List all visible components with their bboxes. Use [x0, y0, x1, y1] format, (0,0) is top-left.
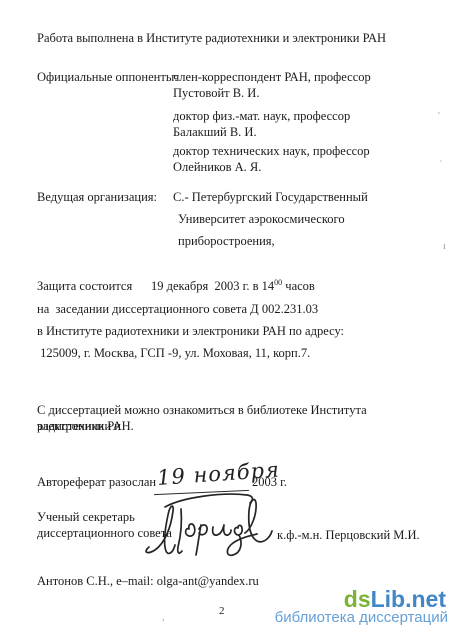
opponents-label: Официальные оппоненты: — [37, 69, 178, 85]
scan-artifact: ' — [438, 112, 440, 122]
opponent-3-degree: доктор технических наук, профессор — [173, 143, 370, 159]
defense-line-2: на заседании диссертационного совета Д 0… — [37, 301, 437, 317]
signature-scribble — [143, 483, 278, 563]
defense-line-1: Защита состоится 19 декабря 2003 г. в 14… — [37, 278, 437, 296]
autoref-prefix: Автореферат разослан — [37, 474, 156, 490]
opponent-1-name: Пустовойт В. И. — [173, 85, 259, 101]
contact-email-line: Антонов С.Н., e–mail: olga-ant@yandex.ru — [37, 573, 259, 589]
opponent-2-degree: доктор физ.-мат. наук, профессор — [173, 108, 350, 124]
scan-artifact: ` — [439, 161, 442, 171]
opponent-1-degree: член-корреспондент РАН, профессор — [173, 69, 371, 85]
opponent-3-name: Олейников А. Я. — [173, 159, 261, 175]
defense-line-3: в Институте радиотехники и электроники Р… — [37, 323, 437, 339]
scan-artifact: ı — [443, 242, 446, 252]
scan-artifact: , — [162, 613, 165, 623]
defense-line-1-tail: часов — [282, 279, 315, 293]
library-note-line-2: электроники РАН. — [37, 418, 439, 434]
dslib-logo[interactable]: dsLib.net — [196, 588, 446, 611]
leading-org-line-3: приборостроения, — [178, 233, 275, 249]
work-place-line: Работа выполнена в Институте радиотехник… — [37, 30, 437, 46]
leading-org-label: Ведущая организация: — [37, 189, 157, 205]
document-page: Работа выполнена в Институте радиотехник… — [0, 0, 450, 642]
leading-org-line-2: Университет аэрокосмического — [178, 211, 345, 227]
defense-address-line: 125009, г. Москва, ГСП -9, ул. Моховая, … — [37, 345, 437, 361]
leading-org-line-1: С.- Петербургский Государственный — [173, 189, 368, 205]
secretary-name: к.ф.-м.н. Перцовский М.И. — [277, 527, 420, 543]
defense-line-1-text: Защита состоится 19 декабря 2003 г. в 14 — [37, 279, 274, 293]
secretary-line-1: Ученый секретарь — [37, 509, 135, 525]
dslib-subtitle: библиотека диссертаций — [198, 610, 448, 626]
opponent-2-name: Балакший В. И. — [173, 124, 257, 140]
defense-time-superscript: 00 — [274, 278, 282, 287]
